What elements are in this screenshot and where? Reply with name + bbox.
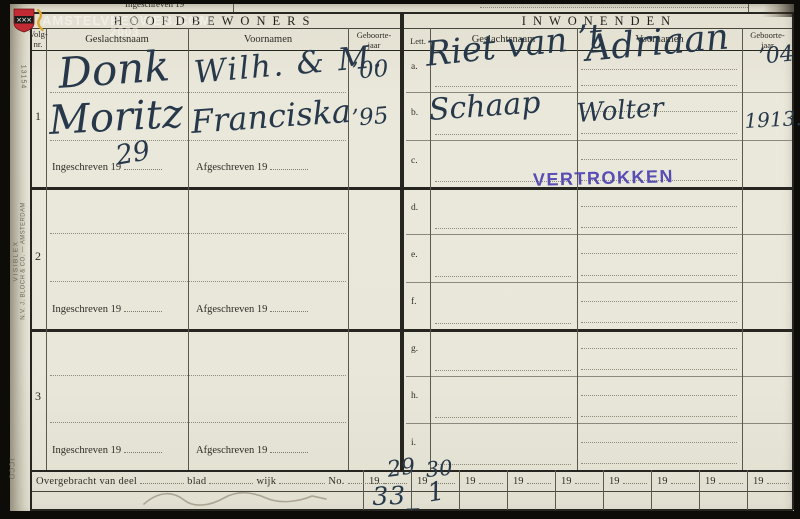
dotted-leader	[623, 474, 647, 484]
year-cell-line	[747, 470, 748, 510]
writing-line	[50, 233, 346, 234]
grid-line	[406, 423, 793, 424]
volgnr-1: 1	[31, 110, 45, 124]
writing-line	[581, 253, 737, 254]
year-cell-label-7: 19	[657, 474, 698, 488]
grid-line	[46, 28, 47, 470]
dotted-leader	[527, 474, 551, 484]
ingeschreven-label-3: Ingeschreven 19	[52, 443, 165, 457]
previous-page-fragment: Ingeschreven 19	[125, 4, 240, 12]
writing-line	[581, 322, 737, 323]
dotted-leader	[575, 474, 599, 484]
handwriting-ingeschreven-year-1: 29	[114, 139, 152, 169]
afgeschreven-label-2: Afgeschreven 19	[196, 302, 311, 316]
page-curl	[750, 4, 794, 17]
dotted-leader	[279, 474, 325, 484]
vertrokken-stamp: VERTROKKEN	[533, 166, 675, 191]
lett-g: g.	[411, 344, 418, 355]
dotted-leader	[671, 474, 695, 484]
grid-line	[742, 28, 743, 470]
lett-h: h.	[411, 391, 418, 402]
writing-line	[581, 463, 737, 464]
year-cell-label-6: 19	[609, 474, 650, 488]
year-prefix: 19	[753, 476, 764, 487]
dotted-leader	[270, 302, 308, 312]
ingeschreven-text: Ingeschreven 19	[52, 304, 121, 315]
year-cell-label-4: 19	[513, 474, 554, 488]
year-cell-label-8: 19	[705, 474, 746, 488]
year-prefix: 19	[513, 476, 524, 487]
ingeschreven-text: Ingeschreven 19	[52, 445, 121, 456]
grid-line	[406, 376, 793, 377]
handwriting-geslachtsnaam-1a: Donk	[57, 47, 171, 92]
grid-line	[406, 234, 793, 235]
handwriting-voornamen-b: Wolter	[576, 97, 665, 126]
afgeschreven-label-1: Afgeschreven 19	[196, 160, 311, 174]
printer-name: VISIBLEX	[13, 189, 21, 334]
handwriting-geslachtsnaam-1b: Moritz	[48, 96, 184, 139]
lett-d: d.	[411, 203, 418, 214]
year-cell-line	[651, 470, 652, 510]
writing-line	[435, 464, 571, 465]
afgeschreven-text: Afgeschreven 19	[196, 445, 267, 456]
svg-text:×: ×	[26, 16, 32, 24]
year-prefix: 19	[657, 476, 668, 487]
writing-line	[581, 227, 737, 228]
year-cell-label-3: 19	[465, 474, 506, 488]
lett-e: e.	[411, 250, 418, 261]
writing-line	[581, 348, 737, 349]
previous-page-dotted-line	[480, 7, 748, 8]
writing-line	[435, 417, 571, 418]
dotted-leader	[124, 302, 162, 312]
year-prefix: 19	[609, 476, 620, 487]
writing-line	[581, 416, 737, 417]
dotted-leader	[209, 474, 253, 484]
writing-line	[435, 134, 571, 135]
year-prefix: 19	[561, 476, 572, 487]
writing-line	[581, 133, 737, 134]
writing-line	[435, 228, 571, 229]
lett-a: a.	[411, 62, 418, 73]
dotted-leader	[270, 443, 308, 453]
grid-line	[406, 140, 793, 141]
writing-line	[581, 69, 737, 70]
writing-line	[50, 375, 346, 376]
writing-line	[435, 370, 571, 371]
writing-line	[581, 206, 737, 207]
handwriting-geboortejaar-b: 1913.	[744, 109, 800, 130]
register-page-photo: Ingeschreven 19 × × × AMSTELVEENWEB.COM …	[0, 0, 800, 519]
dotted-leader	[479, 474, 503, 484]
writing-line	[581, 275, 737, 276]
handwriting-footer-year-1: 29	[386, 457, 416, 481]
volgnr-2: 2	[31, 250, 45, 264]
year-cell-line	[603, 470, 604, 510]
year-prefix: 19	[705, 476, 716, 487]
afgeschreven-label-3: Afgeschreven 19	[196, 443, 311, 457]
handwriting-geboortejaar-1a: ’00	[351, 59, 389, 83]
grid-line	[577, 28, 578, 470]
dotted-leader	[767, 474, 789, 484]
writing-line	[581, 369, 737, 370]
block-divider	[30, 329, 793, 332]
lett-i: i.	[411, 438, 416, 449]
handwriting-footer-note-1: 33_	[372, 484, 420, 508]
year-cell-label-5: 19	[561, 474, 602, 488]
transfer-row: Overgebracht van deelbladwijkNo.	[36, 474, 389, 488]
transfer-label: Overgebracht van deel	[36, 476, 137, 487]
writing-line	[50, 422, 346, 423]
center-divider	[400, 12, 404, 470]
dotted-leader	[140, 474, 184, 484]
year-cell-line	[555, 470, 556, 510]
ingeschreven-label-2: Ingeschreven 19	[52, 302, 165, 316]
year-cell-label-9: 19	[753, 474, 792, 488]
handwriting-geboortejaar-a: ’04	[758, 44, 795, 67]
table-right-border	[792, 12, 794, 510]
handwriting-geslachtsnaam-b: Schaap	[428, 89, 541, 124]
volgnr-line2: nr.	[29, 40, 47, 50]
afgeschreven-text: Afgeschreven 19	[196, 304, 267, 315]
printer-imprint: VISIBLEX N.V. J. BLOCH & CO. — AMSTERDAM	[13, 189, 29, 334]
year-cell-line	[699, 470, 700, 510]
writing-line	[50, 281, 346, 282]
writing-line	[581, 159, 737, 160]
lett-f: f.	[411, 297, 417, 308]
previous-page-grid-line	[748, 4, 749, 12]
printer-company: N.V. J. BLOCH & CO. — AMSTERDAM	[21, 189, 29, 334]
grid-line	[188, 28, 189, 470]
writing-line	[435, 323, 571, 324]
year-cell-line	[507, 470, 508, 510]
previous-page-fragment-text: Ingeschreven 19	[125, 4, 184, 9]
blad-label: blad	[187, 476, 206, 487]
writing-line	[581, 442, 737, 443]
writing-line	[581, 301, 737, 302]
writing-line	[435, 276, 571, 277]
wijk-label: wijk	[256, 476, 276, 487]
year-prefix: 19	[465, 476, 476, 487]
watermark-text: AMSTELVEENWEB.COM	[42, 13, 211, 28]
handwriting-voornamen-1b: Franciska	[190, 97, 352, 137]
watermark-year: 2003	[110, 27, 140, 39]
writing-line	[581, 85, 737, 86]
lett-b: b.	[411, 108, 418, 119]
pencil-scrawl	[140, 488, 330, 510]
block-divider	[30, 187, 793, 190]
ingeschreven-text: Ingeschreven 19	[52, 162, 121, 173]
margin-serial-number: 13154	[18, 55, 28, 100]
handwriting-geboortejaar-1b: ’95	[351, 106, 389, 130]
grid-line	[406, 282, 793, 283]
margin-bottom-code: ICCO	[7, 450, 16, 490]
writing-line	[581, 395, 737, 396]
no-label: No.	[328, 476, 344, 487]
volgnr-3: 3	[31, 390, 45, 404]
dotted-leader	[124, 443, 162, 453]
lett-c: c.	[411, 156, 418, 167]
year-cell-line	[459, 470, 460, 510]
dotted-leader	[719, 474, 743, 484]
afgeschreven-text: Afgeschreven 19	[196, 162, 267, 173]
dotted-leader	[270, 160, 308, 170]
